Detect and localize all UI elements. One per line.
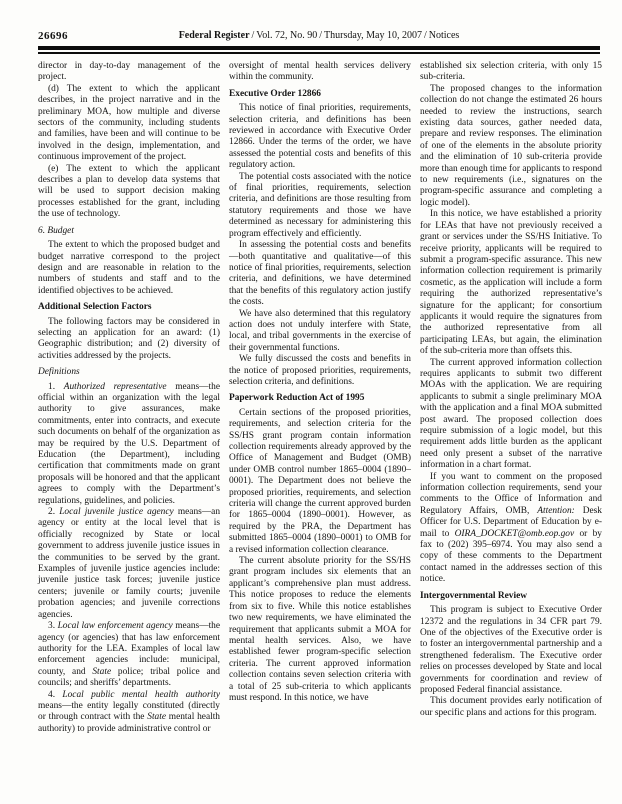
federal-register-page: 26696 Federal Register / Vol. 72, No. 90… [0,0,622,804]
paragraph: The extent to which the proposed budget … [38,240,220,297]
paragraph: The current approved information collect… [420,358,602,472]
masthead-rule-thin [38,52,600,54]
paragraph: This document provides early notificatio… [420,696,602,719]
paragraph: We have also determined that this regula… [229,309,411,355]
masthead-title: Federal Register / Vol. 72, No. 90 / Thu… [38,30,600,41]
paragraph: If you want to comment on the proposed i… [420,472,602,586]
paragraph: (d) The extent to which the applicant de… [38,84,220,164]
masthead-rule-thick [38,46,600,50]
masthead-rule [38,46,600,54]
paragraph: 3. Local law enforcement agency means—th… [38,621,220,689]
paragraph: The following factors may be considered … [38,317,220,363]
paragraph: The current absolute priority for the SS… [229,556,411,704]
section-heading: Executive Order 12866 [229,89,411,100]
paragraph: This program is subject to Executive Ord… [420,605,602,696]
paragraph: Certain sections of the proposed priorit… [229,408,411,556]
masthead-title-issue: / Vol. 72, No. 90 / Thursday, May 10, 20… [250,30,460,41]
paragraph: In this notice, we have established a pr… [420,209,602,357]
section-heading-italic: 6. Budget [38,226,220,237]
body-columns: director in day-to-day management of the… [38,61,602,735]
paragraph: (e) The extent to which the applicant de… [38,164,220,221]
paragraph-continuation: oversight of mental health services deli… [229,61,411,84]
paragraph: The proposed changes to the information … [420,84,602,209]
paragraph: This notice of final priorities, require… [229,103,411,171]
paragraph: 1. Authorized representative means—the o… [38,382,220,507]
paragraph-continuation: established six selection criteria, with… [420,61,602,84]
masthead: 26696 Federal Register / Vol. 72, No. 90… [38,30,600,45]
column-1: director in day-to-day management of the… [38,61,220,735]
paragraph: 4. Local public mental health authority … [38,690,220,736]
paragraph-continuation: director in day-to-day management of the… [38,61,220,84]
section-heading: Paperwork Reduction Act of 1995 [229,393,411,404]
section-heading: Intergovernmental Review [420,591,602,602]
section-heading: Additional Selection Factors [38,302,220,313]
paragraph: 2. Local juvenile justice agency means—a… [38,507,220,621]
column-3: established six selection criteria, with… [420,61,602,735]
paragraph: The potential costs associated with the … [229,172,411,240]
section-heading-italic: Definitions [38,367,220,378]
masthead-title-publication: Federal Register [179,30,250,41]
paragraph: We fully discussed the costs and benefit… [229,354,411,388]
paragraph: In assessing the potential costs and ben… [229,240,411,308]
column-2: oversight of mental health services deli… [229,61,411,735]
